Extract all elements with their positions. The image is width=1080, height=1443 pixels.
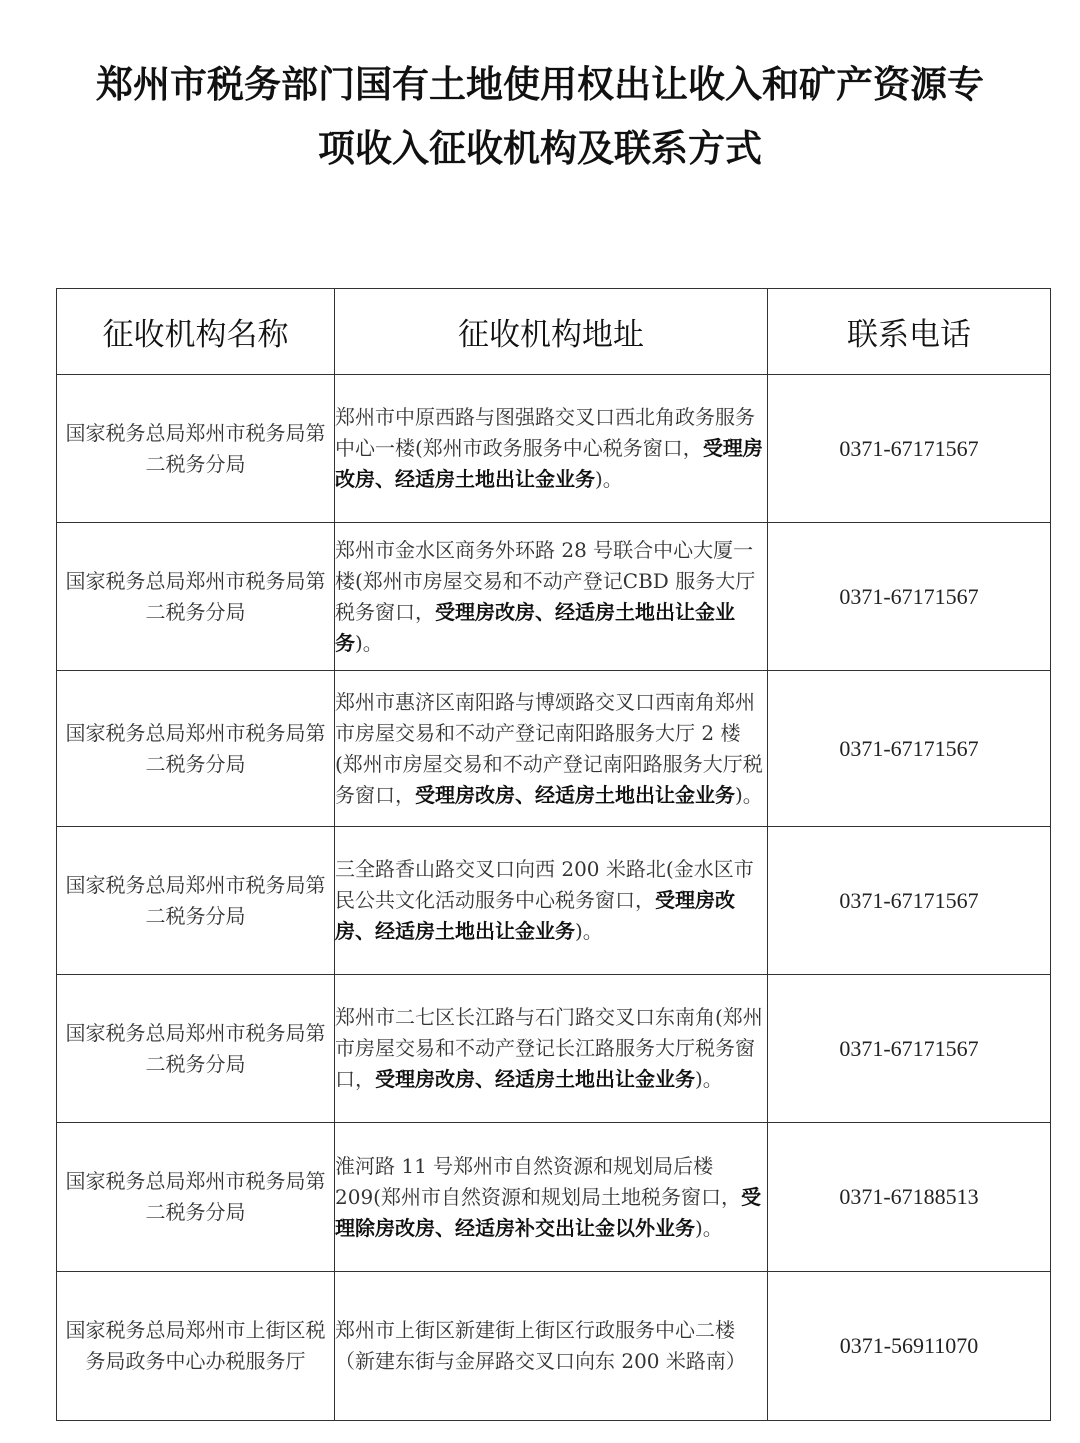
address-end: )。 bbox=[595, 467, 623, 491]
table-row: 国家税务总局郑州市上街区税务局政务中心办税服务厅 郑州市上街区新建街上街区行政服… bbox=[57, 1272, 1051, 1421]
document-title: 郑州市税务部门国有土地使用权出让收入和矿产资源专 项收入征收机构及联系方式 bbox=[0, 52, 1080, 180]
tax-office-table: 征收机构名称 征收机构地址 联系电话 国家税务总局郑州市税务局第二税务分局 郑州… bbox=[56, 288, 1051, 1421]
office-name: 国家税务总局郑州市税务局第二税务分局 bbox=[57, 1123, 335, 1272]
office-phone: 0371-67171567 bbox=[768, 671, 1051, 827]
address-end: )。 bbox=[575, 919, 603, 943]
table-row: 国家税务总局郑州市税务局第二税务分局 郑州市金水区商务外环路 28 号联合中心大… bbox=[57, 523, 1051, 671]
address-end: )。 bbox=[695, 1216, 723, 1240]
office-phone: 0371-67188513 bbox=[768, 1123, 1051, 1272]
office-name: 国家税务总局郑州市税务局第二税务分局 bbox=[57, 975, 335, 1123]
table-row: 国家税务总局郑州市税务局第二税务分局 郑州市惠济区南阳路与博颂路交叉口西南角郑州… bbox=[57, 671, 1051, 827]
table-row: 国家税务总局郑州市税务局第二税务分局 三全路香山路交叉口向西 200 米路北(金… bbox=[57, 827, 1051, 975]
office-address: 郑州市二七区长江路与石门路交叉口东南角(郑州市房屋交易和不动产登记长江路服务大厅… bbox=[335, 975, 768, 1123]
office-name: 国家税务总局郑州市上街区税务局政务中心办税服务厅 bbox=[57, 1272, 335, 1421]
office-phone: 0371-67171567 bbox=[768, 827, 1051, 975]
office-phone: 0371-56911070 bbox=[768, 1272, 1051, 1421]
address-business-scope: 受理房改房、经适房土地出让金业务 bbox=[415, 783, 735, 807]
office-name: 国家税务总局郑州市税务局第二税务分局 bbox=[57, 375, 335, 523]
table-row: 国家税务总局郑州市税务局第二税务分局 郑州市中原西路与图强路交叉口西北角政务服务… bbox=[57, 375, 1051, 523]
office-phone: 0371-67171567 bbox=[768, 975, 1051, 1123]
office-address: 郑州市上街区新建街上街区行政服务中心二楼（新建东街与金屏路交叉口向东 200 米… bbox=[335, 1272, 768, 1421]
address-text: 郑州市中原西路与图强路交叉口西北角政务服务中心一楼(郑州市政务服务中心税务窗口， bbox=[335, 405, 755, 460]
address-business-scope: 受理房改房、经适房土地出让金业务 bbox=[375, 1067, 695, 1091]
office-name: 国家税务总局郑州市税务局第二税务分局 bbox=[57, 671, 335, 827]
office-phone: 0371-67171567 bbox=[768, 523, 1051, 671]
office-address: 三全路香山路交叉口向西 200 米路北(金水区市民公共文化活动服务中心税务窗口，… bbox=[335, 827, 768, 975]
title-line-1: 郑州市税务部门国有土地使用权出让收入和矿产资源专 bbox=[0, 52, 1080, 116]
table-row: 国家税务总局郑州市税务局第二税务分局 郑州市二七区长江路与石门路交叉口东南角(郑… bbox=[57, 975, 1051, 1123]
office-phone: 0371-67171567 bbox=[768, 375, 1051, 523]
table-row: 国家税务总局郑州市税务局第二税务分局 淮河路 11 号郑州市自然资源和规划局后楼… bbox=[57, 1123, 1051, 1272]
column-header-address: 征收机构地址 bbox=[335, 289, 768, 375]
address-end: )。 bbox=[735, 783, 763, 807]
office-name: 国家税务总局郑州市税务局第二税务分局 bbox=[57, 827, 335, 975]
office-name: 国家税务总局郑州市税务局第二税务分局 bbox=[57, 523, 335, 671]
column-header-name: 征收机构名称 bbox=[57, 289, 335, 375]
address-text: 郑州市上街区新建街上街区行政服务中心二楼（新建东街与金屏路交叉口向东 200 米… bbox=[335, 1318, 746, 1373]
office-address: 郑州市金水区商务外环路 28 号联合中心大厦一楼(郑州市房屋交易和不动产登记CB… bbox=[335, 523, 768, 671]
title-line-2: 项收入征收机构及联系方式 bbox=[0, 116, 1080, 180]
table-header-row: 征收机构名称 征收机构地址 联系电话 bbox=[57, 289, 1051, 375]
address-end: )。 bbox=[695, 1067, 723, 1091]
office-address: 郑州市惠济区南阳路与博颂路交叉口西南角郑州市房屋交易和不动产登记南阳路服务大厅 … bbox=[335, 671, 768, 827]
office-address: 郑州市中原西路与图强路交叉口西北角政务服务中心一楼(郑州市政务服务中心税务窗口，… bbox=[335, 375, 768, 523]
column-header-phone: 联系电话 bbox=[768, 289, 1051, 375]
address-text: 淮河路 11 号郑州市自然资源和规划局后楼 209(郑州市自然资源和规划局土地税… bbox=[335, 1154, 741, 1209]
address-end: )。 bbox=[355, 631, 383, 655]
office-address: 淮河路 11 号郑州市自然资源和规划局后楼 209(郑州市自然资源和规划局土地税… bbox=[335, 1123, 768, 1272]
